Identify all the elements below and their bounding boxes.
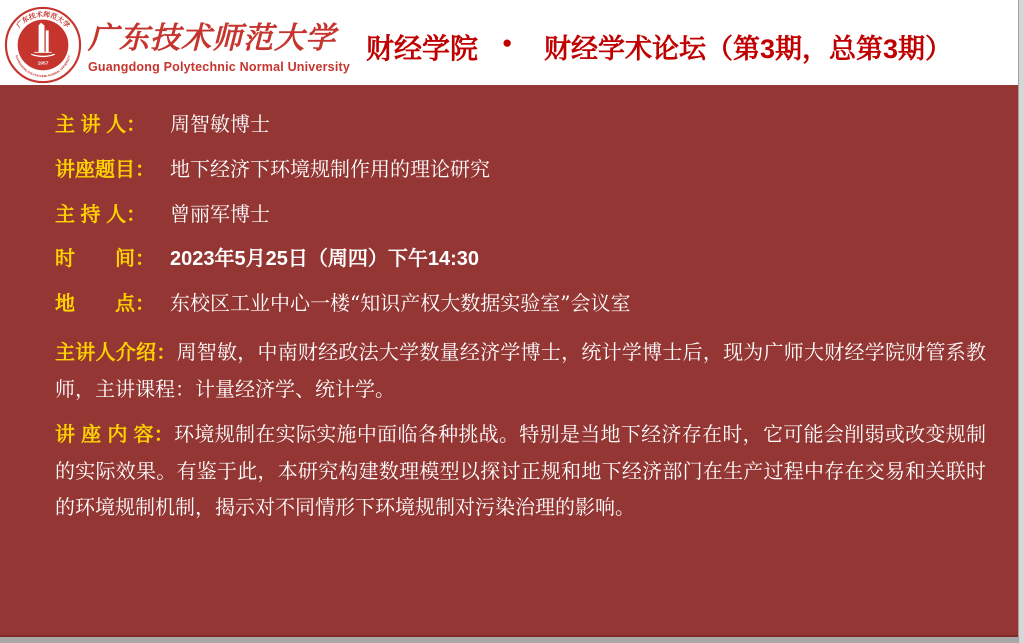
- seal-year: 1957: [38, 61, 49, 67]
- speaker-label: 主 讲 人：: [55, 112, 170, 139]
- lecture-abstract-paragraph: 讲 座 内 容：环境规制在实际实施中面临各种挑战。特别是当地下经济存在时，它可能…: [55, 417, 986, 527]
- speaker-intro-label: 主讲人介绍：: [55, 342, 176, 364]
- lecture-title-value: 地下经济下环境规制作用的理论研究: [170, 157, 490, 181]
- college-name: 财经学院: [366, 27, 478, 67]
- university-name-cn: 广东技术师范大学: [88, 13, 348, 57]
- location-value: 东校区工业中心一楼“知识产权大数据实验室”会议室: [170, 291, 630, 315]
- time-row: 时 间：2023年5月25日（周四）下午14:30: [55, 246, 986, 273]
- lecture-title-row: 讲座题目：地下经济下环境规制作用的理论研究: [55, 156, 986, 184]
- speaker-intro-paragraph: 主讲人介绍：周智敏，中南财经政法大学数量经济学博士，统计学博士后，现为广师大财经…: [55, 335, 986, 408]
- forum-title: 财经学术论坛（第3期，总第3期）: [544, 27, 952, 66]
- host-value: 曾丽军博士: [170, 202, 270, 226]
- lecture-title-label: 讲座题目：: [55, 157, 170, 184]
- time-value: 2023年5月25日（周四）下午14:30: [170, 248, 479, 270]
- university-name-block: 广东技术师范大学 Guangdong Polytechnic Normal Un…: [88, 13, 348, 74]
- right-scrollbar-edge[interactable]: [1018, 0, 1024, 643]
- host-label: 主 持 人：: [55, 202, 170, 229]
- time-label: 时 间：: [55, 246, 170, 273]
- bullet-separator-icon: ●: [502, 33, 512, 53]
- lecture-abstract-label: 讲 座 内 容：: [55, 424, 174, 446]
- lecture-abstract-text: 环境规制在实际实施中面临各种挑战。特别是当地下经济存在时，它可能会削弱或改变规制…: [55, 422, 986, 519]
- header: 广东技术师范大学 GUANGDONG POLYTECHNIC NORMAL UN…: [0, 0, 1018, 85]
- speaker-row: 主 讲 人：周智敏博士: [55, 111, 986, 139]
- host-row: 主 持 人：曾丽军博士: [55, 201, 986, 229]
- slide-poster: 广东技术师范大学 GUANGDONG POLYTECHNIC NORMAL UN…: [0, 0, 1024, 643]
- lecture-info-panel: 主 讲 人：周智敏博士 讲座题目：地下经济下环境规制作用的理论研究 主 持 人：…: [0, 85, 1018, 637]
- speaker-value: 周智敏博士: [170, 112, 270, 136]
- location-label: 地 点：: [55, 291, 170, 318]
- speaker-intro-text: 周智敏，中南财经政法大学数量经济学博士，统计学博士后，现为广师大财经学院财管系教…: [55, 340, 986, 401]
- university-name-en: Guangdong Polytechnic Normal University: [88, 60, 348, 74]
- bottom-window-edge: [0, 637, 1018, 643]
- location-row: 地 点：东校区工业中心一楼“知识产权大数据实验室”会议室: [55, 290, 986, 318]
- university-seal-logo: 广东技术师范大学 GUANGDONG POLYTECHNIC NORMAL UN…: [4, 6, 82, 84]
